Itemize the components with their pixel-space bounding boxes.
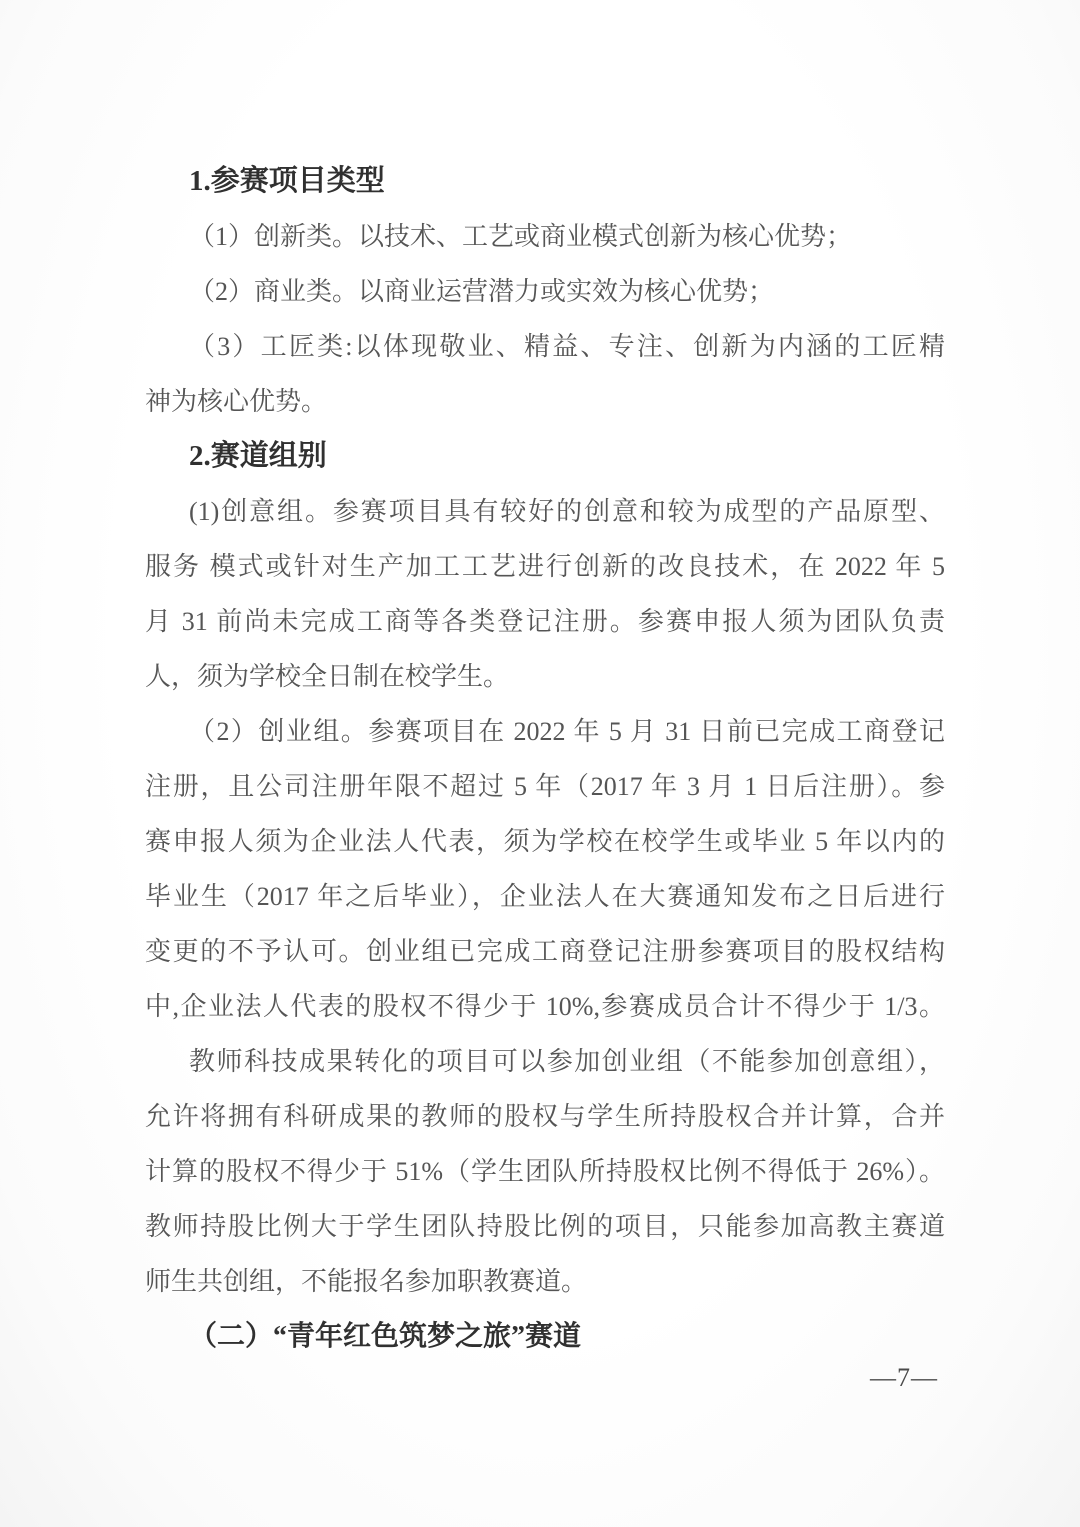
paragraph-line: 赛申报人须为企业法人代表，须为学校在校学生或毕业 5 年以内的 [145,814,945,869]
paragraph-line: 人，须为学校全日制在校学生。 [145,649,945,704]
paragraph-line: 月 31 前尚未完成工商等各类登记注册。参赛申报人须为团队负责 [145,594,945,649]
paragraph-line: 教师持股比例大于学生团队持股比例的项目，只能参加高教主赛道 [145,1199,945,1254]
paragraph-line: (1)创意组。参赛项目具有较好的创意和较为成型的产品原型、 [145,484,945,539]
paragraph-line: （3）工匠类:以体现敬业、精益、专注、创新为内涵的工匠精 [145,319,945,374]
paragraph-line: 注册，且公司注册年限不超过 5 年（2017 年 3 月 1 日后注册）。参 [145,759,945,814]
paragraph-line: （2）商业类。以商业运营潜力或实效为核心优势； [145,264,945,319]
paragraph-line: 计算的股权不得少于 51%（学生团队所持股权比例不得低于 26%）。 [145,1144,945,1199]
page-number: —7— [870,1358,938,1398]
paragraph-line: 服务 模式或针对生产加工工艺进行创新的改良技术，在 2022 年 5 [145,539,945,594]
document-page: 1.参赛项目类型（1）创新类。以技术、工艺或商业模式创新为核心优势；（2）商业类… [0,0,1080,1527]
paragraph-line: （2）创业组。参赛项目在 2022 年 5 月 31 日前已完成工商登记 [145,704,945,759]
document-lines: 1.参赛项目类型（1）创新类。以技术、工艺或商业模式创新为核心优势；（2）商业类… [145,154,945,1364]
paragraph-line: 中,企业法人代表的股权不得少于 10%,参赛成员合计不得少于 1/3。 [145,979,945,1034]
paragraph-line: （1）创新类。以技术、工艺或商业模式创新为核心优势； [145,209,945,264]
section-heading: 2.赛道组别 [145,429,945,484]
section-heading: （二）“青年红色筑梦之旅”赛道 [145,1309,945,1364]
paragraph-line: 师生共创组，不能报名参加职教赛道。 [145,1254,945,1309]
paragraph-line: 教师科技成果转化的项目可以参加创业组（不能参加创意组）， [145,1034,945,1089]
paragraph-line: 变更的不予认可。创业组已完成工商登记注册参赛项目的股权结构 [145,924,945,979]
section-heading: 1.参赛项目类型 [145,154,945,209]
paragraph-line: 神为核心优势。 [145,374,945,429]
paragraph-line: 允许将拥有科研成果的教师的股权与学生所持股权合并计算，合并 [145,1089,945,1144]
paragraph-line: 毕业生（2017 年之后毕业），企业法人在大赛通知发布之日后进行 [145,869,945,924]
